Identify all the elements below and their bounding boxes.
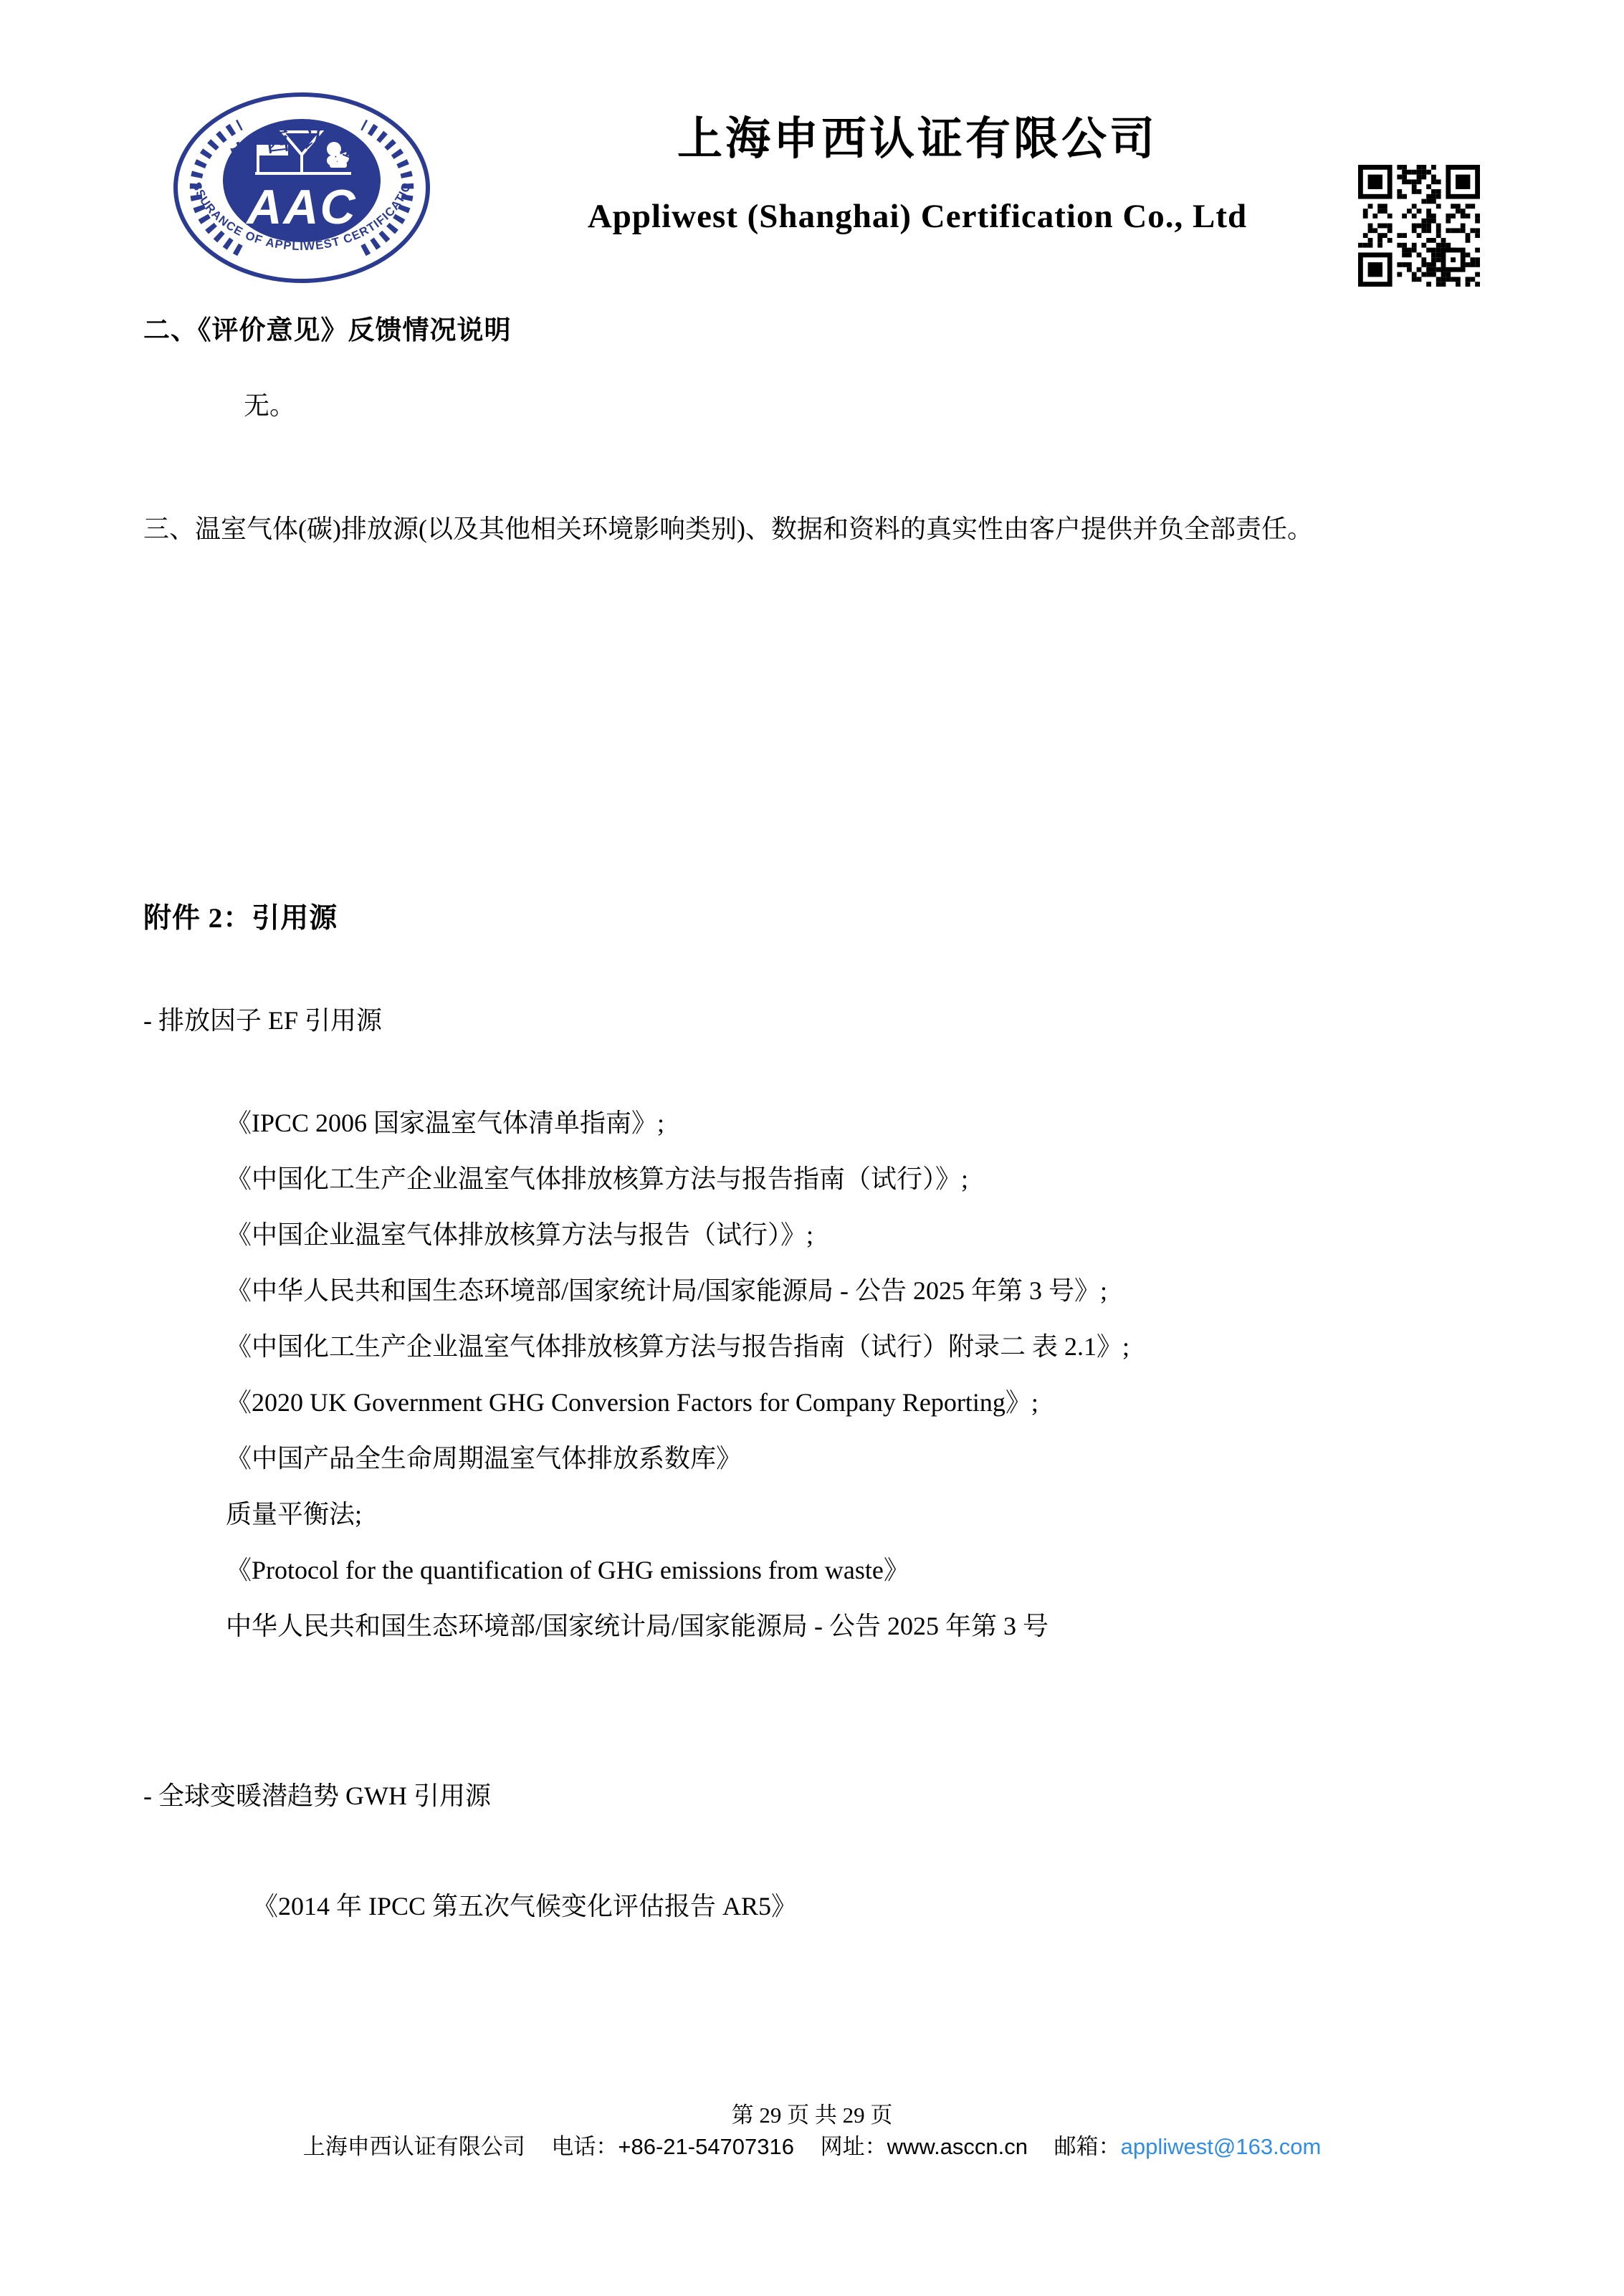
document-page: AAC 申西认证 ASSURANCE OF APPLIWEST CERTIFIC… [0,0,1624,2296]
logo-acronym: AAC [245,180,356,234]
reference-item: 《中国化工生产企业温室气体排放核算方法与报告指南（试行）》; [226,1151,1487,1207]
reference-item: 《IPCC 2006 国家温室气体清单指南》; [226,1095,1487,1151]
ef-sources-label: - 排放因子 EF 引用源 [143,1000,382,1037]
attachment2-heading: 附件 2：引用源 [143,896,338,936]
footer-contact-line: 上海申西认证有限公司 电话：+86-21-54707316 网址：www.asc… [0,2128,1624,2161]
footer-web: www.asccn.cn [887,2134,1028,2159]
reference-item: 中华人民共和国生态环境部/国家统计局/国家能源局 - 公告 2025 年第 3 … [226,1598,1487,1654]
section2-heading: 二、《评价意见》反馈情况说明 [143,308,512,347]
company-seal-logo: AAC 申西认证 ASSURANCE OF APPLIWEST CERTIFIC… [171,90,433,285]
company-name-en: Appliwest (Shanghai) Certification Co., … [401,198,1433,236]
qr-code-icon [1358,165,1480,287]
gwh-sources-label: - 全球变暖潜趋势 GWH 引用源 [143,1776,491,1812]
header: 上海申西认证有限公司 Appliwest (Shanghai) Certific… [401,115,1433,236]
reference-item: 《中国化工生产企业温室气体排放核算方法与报告指南（试行）附录二 表 2.1》; [226,1319,1487,1374]
reference-item: 《Protocol for the quantification of GHG … [226,1542,1487,1598]
reference-item: 《中华人民共和国生态环境部/国家统计局/国家能源局 - 公告 2025 年第 3… [226,1263,1487,1319]
section3-heading: 三、温室气体(碳)排放源(以及其他相关环境影响类别)、数据和资料的真实性由客户提… [143,510,1491,547]
reference-item: 《中国产品全生命周期温室气体排放系数库》 [226,1430,1487,1486]
footer-web-label: 网址： [821,2134,887,2159]
section2-body: 无。 [244,386,295,422]
reference-item: 质量平衡法; [226,1486,1487,1542]
aac-seal-icon: AAC 申西认证 ASSURANCE OF APPLIWEST CERTIFIC… [171,90,433,285]
reference-item: 《2020 UK Government GHG Conversion Facto… [226,1374,1487,1430]
footer-phone: +86-21-54707316 [618,2134,794,2159]
page-number: 第 29 页 共 29 页 [0,2097,1624,2129]
footer-email-label: 邮箱： [1054,2134,1121,2159]
company-name-cn: 上海申西认证有限公司 [401,115,1433,164]
footer-email-link[interactable]: appliwest@163.com [1121,2134,1322,2159]
reference-item: 《中国企业温室气体排放核算方法与报告（试行）》; [226,1207,1487,1263]
footer-company: 上海申西认证有限公司 [303,2134,525,2159]
qr-code [1358,165,1480,287]
ef-source-list: 《IPCC 2006 国家温室气体清单指南》;《中国化工生产企业温室气体排放核算… [226,1095,1487,1654]
footer-phone-label: 电话： [551,2134,618,2159]
gwh-source-item: 《2014 年 IPCC 第五次气候变化评估报告 AR5》 [252,1886,797,1923]
